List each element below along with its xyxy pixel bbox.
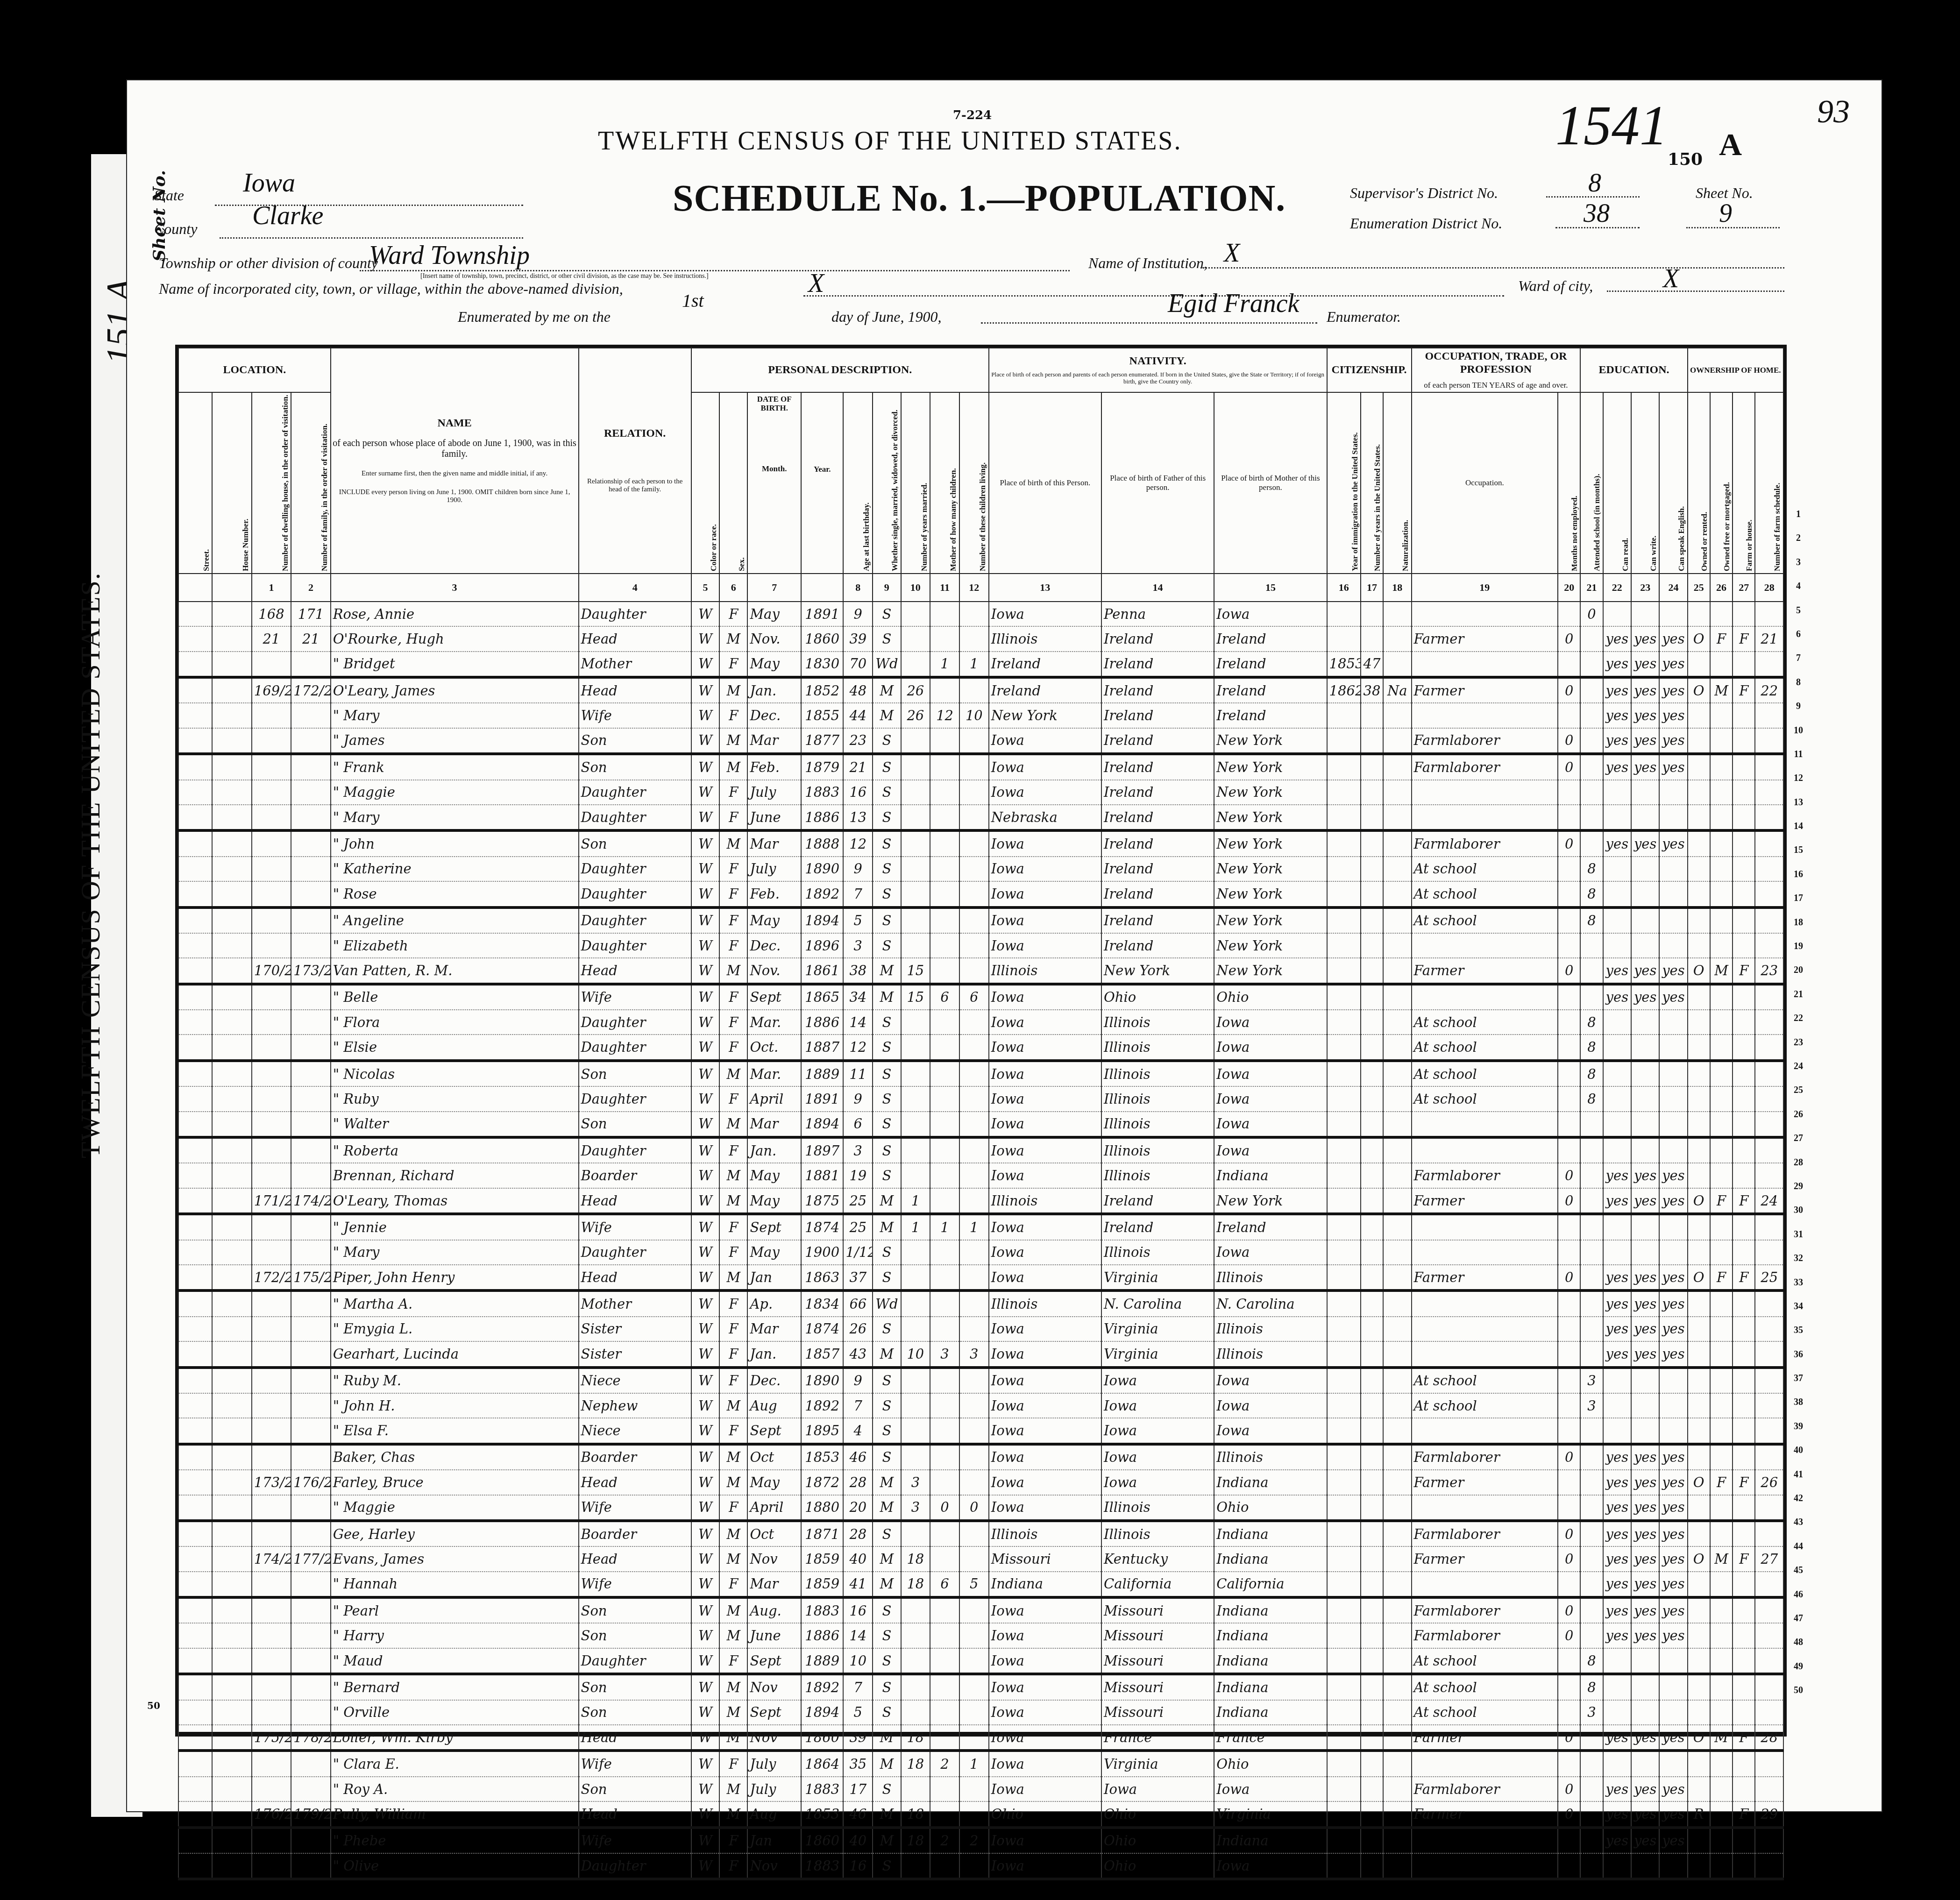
cell-dwelling	[252, 1061, 291, 1086]
cell-write: yes	[1631, 1341, 1659, 1367]
cell-relation: Daughter	[579, 857, 691, 881]
cell-name: " Emygia L.	[331, 1317, 579, 1341]
cell-birthplace: Iowa	[989, 1214, 1101, 1240]
cell-birth-month: July	[747, 857, 801, 881]
cell-farm-schedule	[1755, 1137, 1783, 1163]
column-number	[178, 574, 212, 602]
cell-birthplace: Iowa	[989, 1137, 1101, 1163]
cell-mortgage	[1710, 1214, 1733, 1240]
cell-mother-birthplace: New York	[1214, 881, 1327, 907]
cell-naturalization	[1383, 1188, 1411, 1214]
cell-farm-schedule: 26	[1755, 1470, 1783, 1495]
column-number: 7	[747, 574, 801, 602]
cell-age: 46	[843, 1444, 873, 1470]
cell-write	[1631, 1648, 1659, 1674]
cell-mother-birthplace: Iowa	[1214, 602, 1327, 626]
enumeration-district-field[interactable]: 38	[1584, 199, 1610, 228]
cell-marital: S	[873, 1240, 901, 1265]
cell-years-us	[1361, 1853, 1383, 1879]
cell-years-us	[1361, 1623, 1383, 1648]
cell-marital: S	[873, 1035, 901, 1060]
cell-father-birthplace: Ireland	[1101, 907, 1214, 933]
cell-marital: S	[873, 780, 901, 805]
cell-mortgage	[1710, 1061, 1733, 1086]
cell-birthplace: Iowa	[989, 933, 1101, 958]
line-number: 42	[1789, 1493, 1808, 1517]
cell-years-us: 38	[1361, 677, 1383, 703]
cell-age: 35	[843, 1751, 873, 1776]
cell-immigration	[1327, 1853, 1361, 1879]
cell-immigration	[1327, 1623, 1361, 1648]
cell-read: yes	[1603, 1290, 1631, 1316]
cell-owned-rented	[1688, 805, 1710, 830]
sheet-field[interactable]: 9	[1719, 199, 1732, 228]
cell-mother-birthplace: France	[1214, 1725, 1327, 1751]
cell-birth-year: 1890	[801, 857, 843, 881]
cell-father-birthplace: Illinois	[1101, 1010, 1214, 1035]
cell-months-unemployed	[1558, 1674, 1580, 1700]
line-number: 9	[1789, 701, 1808, 725]
cell-mortgage: M	[1710, 677, 1733, 703]
cell-immigration	[1327, 881, 1361, 907]
table-row: " Ruby M.NieceWFDec.18909SIowaIowaIowaAt…	[178, 1368, 1783, 1393]
cell-age: 17	[843, 1777, 873, 1801]
cell-occupation: Farmer	[1412, 677, 1558, 703]
cell-farm-house	[1733, 1290, 1755, 1316]
cell-owned-rented	[1688, 728, 1710, 754]
cell-months-unemployed: 0	[1558, 1265, 1580, 1290]
cell-naturalization	[1383, 857, 1411, 881]
cell-read: yes	[1603, 626, 1631, 651]
cell-children-living	[959, 1010, 989, 1035]
col-immigration-year: Year of immigration to the United States…	[1327, 392, 1361, 574]
table-row: " Emygia L.SisterWFMar187426SIowaVirgini…	[178, 1317, 1783, 1341]
cell-english	[1659, 1137, 1687, 1163]
cell-dwelling	[252, 1495, 291, 1521]
cell-school	[1580, 703, 1603, 728]
county-field[interactable]: Clarke	[252, 201, 323, 231]
cell-birthplace: Ireland	[989, 652, 1101, 677]
census-table-wrap: LOCATION. NAME of each person whose plac…	[175, 345, 1787, 1737]
cell-family	[291, 1061, 330, 1086]
line-number: 18	[1789, 917, 1808, 941]
cell-marital: M	[873, 1572, 901, 1597]
col-marital: Whether single, married, widowed, or div…	[873, 392, 901, 574]
column-number: 24	[1659, 574, 1687, 602]
cell-farm-schedule	[1755, 1010, 1783, 1035]
cell-race: W	[691, 857, 719, 881]
cell-owned-rented	[1688, 830, 1710, 856]
group-location: LOCATION.	[178, 348, 331, 392]
cell-birthplace: Ohio	[989, 1801, 1101, 1827]
cell-name: " Walter	[331, 1112, 579, 1137]
cell-farm-schedule	[1755, 984, 1783, 1010]
cell-read	[1603, 1700, 1631, 1725]
cell-owned-rented	[1688, 780, 1710, 805]
cell-name: " Maud	[331, 1648, 579, 1674]
cell-birthplace: Iowa	[989, 1061, 1101, 1086]
cell-birthplace: Iowa	[989, 1418, 1101, 1444]
cell-birthplace: Iowa	[989, 1470, 1101, 1495]
cell-months-unemployed: 0	[1558, 1801, 1580, 1827]
cell-family: 179/29	[291, 1801, 330, 1827]
cell-house-number	[212, 1751, 251, 1776]
cell-write	[1631, 1214, 1659, 1240]
cell-immigration	[1327, 1674, 1361, 1700]
cell-birth-month: Mar	[747, 728, 801, 754]
line-number: 10	[1789, 725, 1808, 749]
cell-father-birthplace: Illinois	[1101, 1495, 1214, 1521]
cell-family	[291, 907, 330, 933]
cell-marital: M	[873, 1495, 901, 1521]
cell-birth-year: 1890	[801, 1368, 843, 1393]
cell-name: " Bernard	[331, 1674, 579, 1700]
cell-dwelling	[252, 830, 291, 856]
cell-mother-of	[930, 677, 959, 703]
cell-dwelling: 168	[252, 602, 291, 626]
cell-sex: F	[719, 602, 747, 626]
cell-family	[291, 1112, 330, 1137]
cell-farm-schedule: 24	[1755, 1188, 1783, 1214]
cell-name: " Roy A.	[331, 1777, 579, 1801]
cell-english: yes	[1659, 1777, 1687, 1801]
cell-relation: Daughter	[579, 1010, 691, 1035]
cell-marital: M	[873, 1214, 901, 1240]
enumerated-suffix: day of June, 1900,	[831, 308, 942, 326]
cell-birth-month: May	[747, 1163, 801, 1188]
cell-years-us	[1361, 602, 1383, 626]
cell-birth-year: 1891	[801, 602, 843, 626]
cell-birth-year: 1896	[801, 933, 843, 958]
cell-relation: Niece	[579, 1368, 691, 1393]
cell-sex: F	[719, 1368, 747, 1393]
cell-age: 25	[843, 1188, 873, 1214]
cell-name: Evans, James	[331, 1546, 579, 1571]
column-number: 6	[719, 574, 747, 602]
cell-owned-rented	[1688, 1061, 1710, 1086]
cell-relation: Sister	[579, 1317, 691, 1341]
cell-sex: F	[719, 1853, 747, 1879]
cell-farm-house	[1733, 1597, 1755, 1623]
cell-write: yes	[1631, 1623, 1659, 1648]
cell-relation: Son	[579, 1674, 691, 1700]
cell-mother-birthplace: Illinois	[1214, 1317, 1327, 1341]
cell-birth-month: Ap.	[747, 1290, 801, 1316]
line-number: 35	[1789, 1325, 1808, 1349]
line-number: 29	[1789, 1181, 1808, 1205]
cell-years-us	[1361, 1086, 1383, 1111]
cell-dwelling	[252, 1317, 291, 1341]
cell-age: 40	[843, 1828, 873, 1853]
cell-street	[178, 1674, 212, 1700]
cell-immigration	[1327, 1777, 1361, 1801]
cell-birthplace: Iowa	[989, 1751, 1101, 1776]
cell-months-unemployed: 0	[1558, 626, 1580, 651]
cell-birth-month: May	[747, 1240, 801, 1265]
cell-birth-month: Nov	[747, 1853, 801, 1879]
cell-birthplace: Iowa	[989, 1777, 1101, 1801]
cell-occupation: Farmer	[1412, 1546, 1558, 1571]
table-row: Gearhart, LucindaSisterWFJan.185743M1033…	[178, 1341, 1783, 1367]
cell-street	[178, 1648, 212, 1674]
cell-marital: S	[873, 1418, 901, 1444]
cell-birthplace: Iowa	[989, 1265, 1101, 1290]
cell-naturalization	[1383, 780, 1411, 805]
cell-birth-year: 1883	[801, 1853, 843, 1879]
cell-years-us	[1361, 1444, 1383, 1470]
cell-name: " Maggie	[331, 780, 579, 805]
cell-birth-month: May	[747, 602, 801, 626]
cell-years-us	[1361, 958, 1383, 984]
cell-school	[1580, 1265, 1603, 1290]
cell-read	[1603, 1035, 1631, 1060]
cell-months-unemployed: 0	[1558, 1546, 1580, 1571]
schedule-title: SCHEDULE No. 1.—POPULATION.	[673, 177, 1285, 220]
cell-read: yes	[1603, 984, 1631, 1010]
supervisor-district-field[interactable]: 8	[1588, 168, 1601, 198]
cell-school	[1580, 1470, 1603, 1495]
cell-birthplace: Iowa	[989, 830, 1101, 856]
line-number: 44	[1789, 1541, 1808, 1565]
cell-immigration: 1862	[1327, 677, 1361, 703]
cell-write: yes	[1631, 1777, 1659, 1801]
cell-street	[178, 984, 212, 1010]
cell-read: yes	[1603, 1163, 1631, 1188]
cell-sex: F	[719, 780, 747, 805]
cell-house-number	[212, 1214, 251, 1240]
cell-immigration	[1327, 1521, 1361, 1546]
cell-mother-of	[930, 1163, 959, 1188]
cell-birth-year: 1852	[801, 677, 843, 703]
cell-read	[1603, 1137, 1631, 1163]
institution-field[interactable]: X	[1224, 238, 1240, 268]
cell-family	[291, 1828, 330, 1853]
cell-farm-house: F	[1733, 1265, 1755, 1290]
county-label: County	[154, 220, 197, 238]
cell-sex: M	[719, 830, 747, 856]
cell-school	[1580, 1521, 1603, 1546]
cell-children-living	[959, 1853, 989, 1879]
line-number: 25	[1789, 1085, 1808, 1109]
enumeration-district-label: Enumeration District No.	[1350, 215, 1502, 232]
cell-children-living	[959, 958, 989, 984]
cell-age: 66	[843, 1290, 873, 1316]
cell-age: 12	[843, 830, 873, 856]
cell-birth-year: 1860	[801, 1725, 843, 1751]
cell-owned-rented: O	[1688, 677, 1710, 703]
cell-english	[1659, 1700, 1687, 1725]
cell-father-birthplace: Penna	[1101, 602, 1214, 626]
cell-children-living	[959, 907, 989, 933]
cell-relation: Wife	[579, 703, 691, 728]
cell-father-birthplace: Ireland	[1101, 1214, 1214, 1240]
cell-immigration	[1327, 958, 1361, 984]
cell-months-unemployed	[1558, 1214, 1580, 1240]
cell-family	[291, 1290, 330, 1316]
line-number: 30	[1789, 1205, 1808, 1229]
city-field[interactable]: X	[808, 269, 824, 298]
cell-naturalization	[1383, 1648, 1411, 1674]
cell-immigration	[1327, 1112, 1361, 1137]
cell-family	[291, 754, 330, 780]
ward-field[interactable]: X	[1663, 264, 1679, 294]
col-speak-english: Can speak English.	[1659, 392, 1687, 574]
cell-birth-year: 1874	[801, 1214, 843, 1240]
cell-years-us	[1361, 857, 1383, 881]
cell-mother-birthplace: Iowa	[1214, 1086, 1327, 1111]
cell-race: W	[691, 1317, 719, 1341]
column-number: 22	[1603, 574, 1631, 602]
cell-dwelling: 170/23	[252, 958, 291, 984]
cell-mortgage	[1710, 1751, 1733, 1776]
cell-birth-month: Nov	[747, 1725, 801, 1751]
cell-mortgage	[1710, 1341, 1733, 1367]
cell-street	[178, 1597, 212, 1623]
cell-read: yes	[1603, 1341, 1631, 1367]
cell-name: O'Leary, Thomas	[331, 1188, 579, 1214]
cell-english	[1659, 805, 1687, 830]
cell-name: " Clara E.	[331, 1751, 579, 1776]
cell-family	[291, 1495, 330, 1521]
cell-read: yes	[1603, 1317, 1631, 1341]
cell-marital: S	[873, 1112, 901, 1137]
cell-occupation	[1412, 652, 1558, 677]
cell-family: 21	[291, 626, 330, 651]
column-number: 17	[1361, 574, 1383, 602]
cell-mother-of	[930, 857, 959, 881]
cell-read: yes	[1603, 1188, 1631, 1214]
cell-farm-house	[1733, 1137, 1755, 1163]
cell-immigration	[1327, 1418, 1361, 1444]
cell-children-living	[959, 1290, 989, 1316]
cell-marital: S	[873, 1597, 901, 1623]
cell-relation: Head	[579, 626, 691, 651]
cell-naturalization	[1383, 1572, 1411, 1597]
cell-birth-month: April	[747, 1086, 801, 1111]
cell-farm-house	[1733, 754, 1755, 780]
enumerated-day-field[interactable]: 1st	[682, 290, 704, 312]
cell-children-living	[959, 728, 989, 754]
group-relation: RELATION. Relationship of each person to…	[579, 348, 691, 574]
cell-years-married	[901, 1086, 930, 1111]
cell-occupation: At school	[1412, 857, 1558, 881]
cell-sex: F	[719, 1317, 747, 1341]
cell-immigration	[1327, 1290, 1361, 1316]
cell-occupation: At school	[1412, 1700, 1558, 1725]
cell-children-living	[959, 1163, 989, 1188]
cell-father-birthplace: Illinois	[1101, 1086, 1214, 1111]
ward-label: Ward of city,	[1518, 277, 1593, 295]
cell-race: W	[691, 1751, 719, 1776]
cell-father-birthplace: Illinois	[1101, 1240, 1214, 1265]
cell-mortgage	[1710, 728, 1733, 754]
cell-mother-birthplace: Iowa	[1214, 1393, 1327, 1418]
cell-mother-of	[930, 1265, 959, 1290]
col-years-married: Number of years married.	[901, 392, 930, 574]
cell-house-number	[212, 1777, 251, 1801]
cell-dwelling	[252, 1853, 291, 1879]
table-row: " Clara E.WifeWFJuly186435M1821IowaVirgi…	[178, 1751, 1783, 1776]
cell-months-unemployed: 0	[1558, 1188, 1580, 1214]
cell-naturalization	[1383, 1240, 1411, 1265]
cell-father-birthplace: Virginia	[1101, 1317, 1214, 1341]
state-field[interactable]: Iowa	[243, 168, 295, 198]
cell-sex: F	[719, 703, 747, 728]
cell-birth-year: 1871	[801, 1521, 843, 1546]
cell-months-unemployed	[1558, 1572, 1580, 1597]
cell-father-birthplace: Ohio	[1101, 1853, 1214, 1879]
cell-mortgage: F	[1710, 626, 1733, 651]
cell-mother-of	[930, 1010, 959, 1035]
table-row: " MaryWifeWFDec.185544M261210New YorkIre…	[178, 703, 1783, 728]
cell-birthplace: Iowa	[989, 1086, 1101, 1111]
cell-immigration	[1327, 1444, 1361, 1470]
cell-children-living	[959, 1777, 989, 1801]
group-name: NAME of each person whose place of abode…	[331, 348, 579, 574]
column-number: 23	[1631, 574, 1659, 602]
enumerator-field[interactable]: Egid Franck	[1168, 289, 1299, 319]
cell-mother-birthplace: Illinois	[1214, 1265, 1327, 1290]
cell-owned-rented	[1688, 1700, 1710, 1725]
cell-mother-birthplace: Iowa	[1214, 1010, 1327, 1035]
cell-immigration: 1853	[1327, 652, 1361, 677]
table-row: " FloraDaughterWFMar.188614SIowaIllinois…	[178, 1010, 1783, 1035]
cell-years-us	[1361, 1828, 1383, 1853]
cell-months-unemployed	[1558, 1137, 1580, 1163]
cell-house-number	[212, 1341, 251, 1367]
cell-read	[1603, 1086, 1631, 1111]
cell-children-living	[959, 1112, 989, 1137]
cell-dwelling	[252, 933, 291, 958]
cell-years-married	[901, 1418, 930, 1444]
cell-name: " Mary	[331, 1240, 579, 1265]
cell-marital: Wd	[873, 652, 901, 677]
column-number: 9	[873, 574, 901, 602]
cell-name: " Ruby M.	[331, 1368, 579, 1393]
cell-mortgage	[1710, 830, 1733, 856]
cell-mother-of	[930, 1086, 959, 1111]
cell-name: Rose, Annie	[331, 602, 579, 626]
cell-birth-year: 1865	[801, 984, 843, 1010]
cell-race: W	[691, 1163, 719, 1188]
cell-occupation	[1412, 1317, 1558, 1341]
cell-occupation	[1412, 1495, 1558, 1521]
cell-race: W	[691, 1393, 719, 1418]
cell-sex: F	[719, 881, 747, 907]
cell-read	[1603, 780, 1631, 805]
cell-children-living: 6	[959, 984, 989, 1010]
cell-marital: S	[873, 830, 901, 856]
cell-mother-birthplace: Ohio	[1214, 984, 1327, 1010]
cell-english	[1659, 1368, 1687, 1393]
cell-relation: Daughter	[579, 1853, 691, 1879]
cell-farm-schedule	[1755, 1341, 1783, 1367]
cell-birthplace: Iowa	[989, 1444, 1101, 1470]
cell-street	[178, 1137, 212, 1163]
cell-birth-month: Nov.	[747, 626, 801, 651]
cell-house-number	[212, 1240, 251, 1265]
township-note: [Insert name of township, town, precinct…	[420, 273, 709, 280]
cell-mother-of	[930, 1035, 959, 1060]
cell-immigration	[1327, 984, 1361, 1010]
cell-months-unemployed	[1558, 1470, 1580, 1495]
cell-marital: S	[873, 754, 901, 780]
cell-marital: S	[873, 1393, 901, 1418]
line-number: 33	[1789, 1277, 1808, 1301]
cell-race: W	[691, 626, 719, 651]
cell-name: " Orville	[331, 1700, 579, 1725]
township-field[interactable]: Ward Township	[369, 241, 530, 270]
